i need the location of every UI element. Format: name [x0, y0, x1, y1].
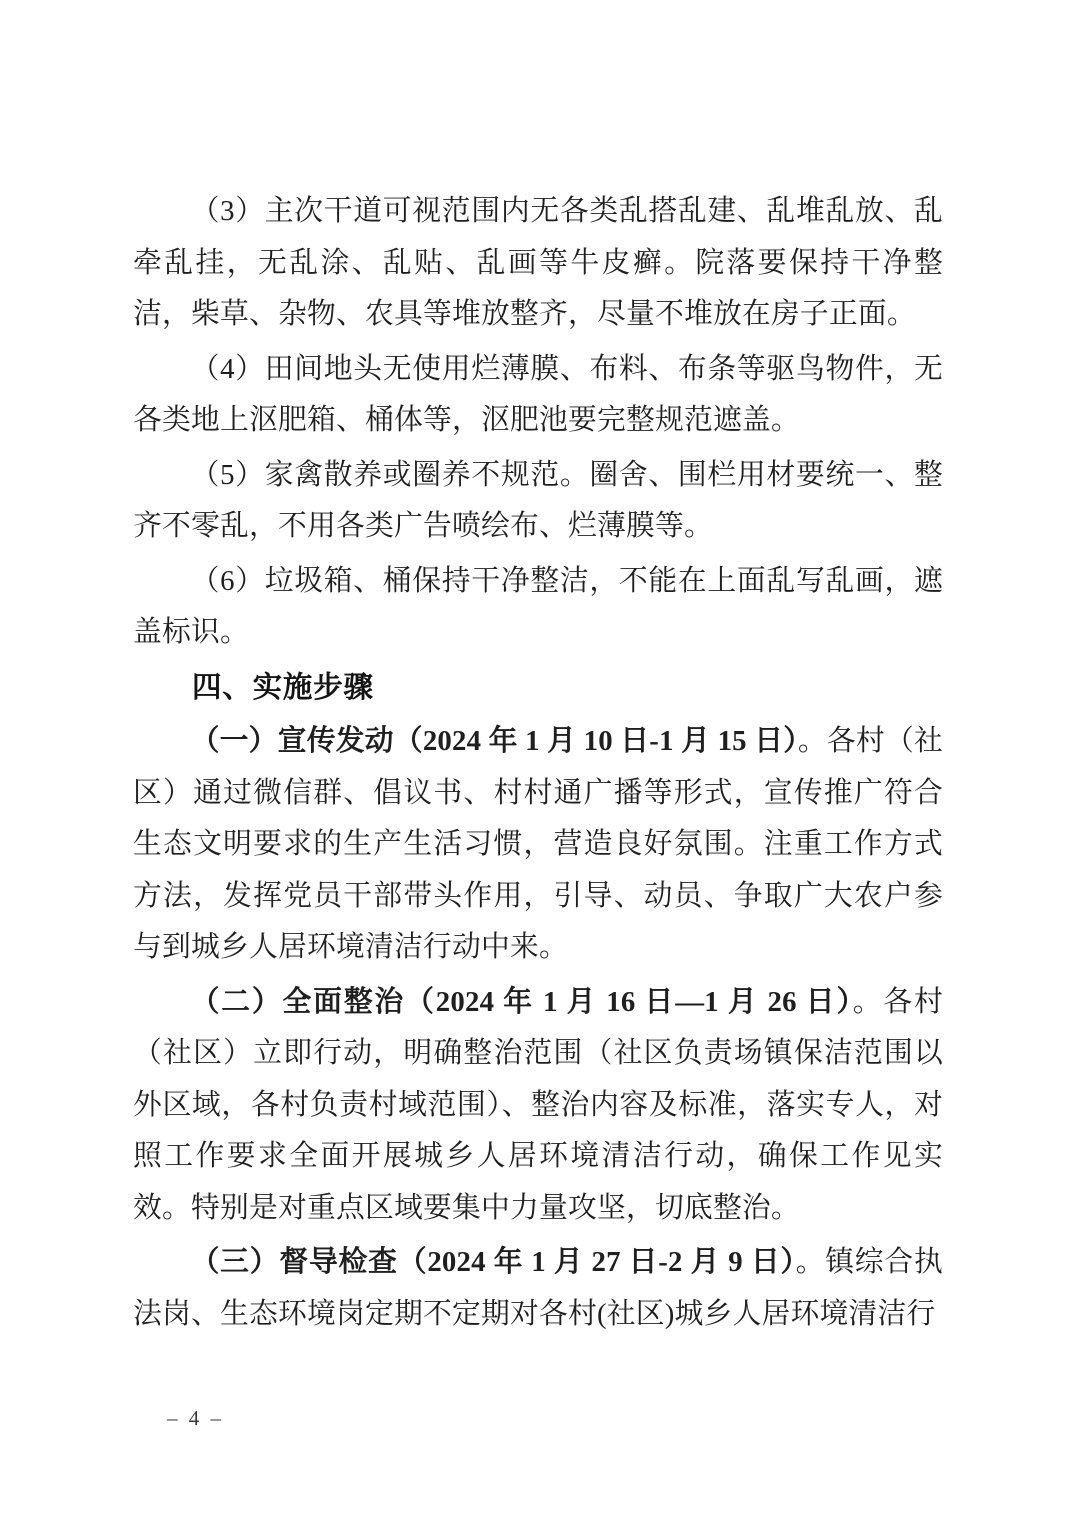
page-number: – 4 –: [167, 1406, 224, 1431]
paragraph-lead: （一）宣传发动（2024 年 1 月 10 日-1 月 15 日）: [191, 725, 798, 757]
paragraph-step-publicity: （一）宣传发动（2024 年 1 月 10 日-1 月 15 日）。各村（社区）…: [133, 716, 943, 974]
paragraph-item-6: （6）垃圾箱、桶保持干净整洁，不能在上面乱写乱画，遮盖标识。: [133, 556, 943, 659]
paragraph-lead: （二）全面整治（2024 年 1 月 16 日—1 月 26 日）: [191, 986, 853, 1018]
paragraph-item-5: （5）家禽散养或圈养不规范。圈舍、围栏用材要统一、整齐不零乱，不用各类广告喷绘布…: [133, 450, 943, 553]
paragraph-text: （6）垃圾箱、桶保持干净整洁，不能在上面乱写乱画，遮盖标识。: [133, 565, 943, 649]
paragraph-step-inspection: （三）督导检查（2024 年 1 月 27 日-2 月 9 日）。镇综合执法岗、…: [133, 1237, 943, 1340]
paragraph-text: 。各村（社区）通过微信群、倡议书、村村通广播等形式，宣传推广符合生态文明要求的生…: [133, 725, 943, 963]
paragraph-text: （3）主次干道可视范围内无各类乱搭乱建、乱堆乱放、乱牵乱挂，无乱涂、乱贴、乱画等…: [133, 195, 943, 330]
paragraph-item-4: （4）田间地头无使用烂薄膜、布料、布条等驱鸟物件，无各类地上沤肥箱、桶体等，沤肥…: [133, 344, 943, 447]
section-heading: 四、实施步骤: [133, 662, 943, 714]
paragraph-lead: （三）督导检查（2024 年 1 月 27 日-2 月 9 日）: [191, 1246, 796, 1278]
paragraph-text: 。各村（社区）立即行动，明确整治范围（社区负责场镇保洁范围以外区域，各村负责村域…: [133, 986, 943, 1224]
paragraph-text: （4）田间地头无使用烂薄膜、布料、布条等驱鸟物件，无各类地上沤肥箱、桶体等，沤肥…: [133, 353, 943, 437]
paragraph-step-remediation: （二）全面整治（2024 年 1 月 16 日—1 月 26 日）。各村（社区）…: [133, 977, 943, 1235]
document-page: （3）主次干道可视范围内无各类乱搭乱建、乱堆乱放、乱牵乱挂，无乱涂、乱贴、乱画等…: [133, 186, 943, 1343]
paragraph-text: （5）家禽散养或圈养不规范。圈舍、围栏用材要统一、整齐不零乱，不用各类广告喷绘布…: [133, 459, 943, 543]
paragraph-item-3: （3）主次干道可视范围内无各类乱搭乱建、乱堆乱放、乱牵乱挂，无乱涂、乱贴、乱画等…: [133, 186, 943, 341]
